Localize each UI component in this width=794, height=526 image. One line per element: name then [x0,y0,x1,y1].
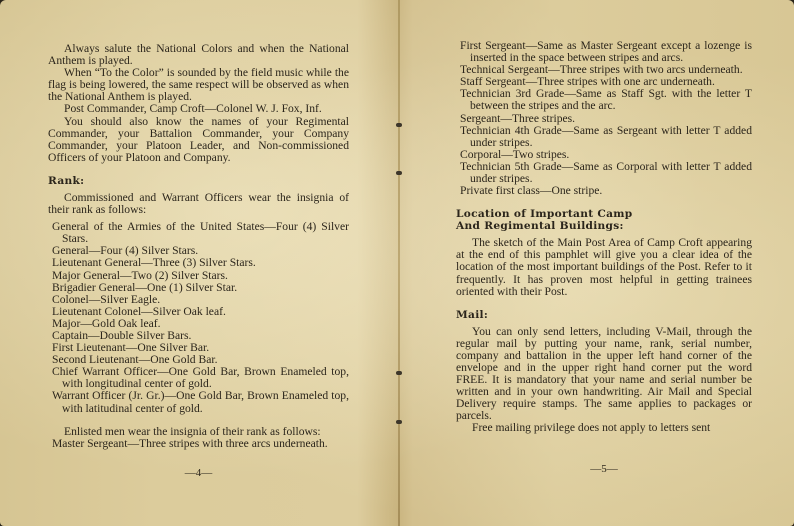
officer-rank-list: General of the Armies of the United Stat… [48,221,349,415]
list-item: Technician 4th Grade—Same as Sergeant wi… [458,125,752,149]
mail-paragraph: You can only send letters, including V-M… [456,326,752,423]
enlisted-rank-list-continued: First Sergeant—Same as Master Sergeant e… [456,40,752,197]
list-item: Colonel—Silver Eagle. [50,294,349,306]
page-number: —5— [456,463,752,475]
mail-heading: Mail: [456,309,752,321]
page-5: First Sergeant—Same as Master Sergeant e… [456,0,752,526]
enlisted-intro: Enlisted men wear the insignia of their … [48,426,349,438]
list-item: Lieutenant General—Three (3) Silver Star… [50,257,349,269]
list-item: Technician 3rd Grade—Same as Staff Sgt. … [458,88,752,112]
rank-intro: Commissioned and Warrant Officers wear t… [48,192,349,216]
staple-mark [396,371,402,375]
list-item: General of the Armies of the United Stat… [50,221,349,245]
location-heading-line1: Location of Important Camp [456,208,633,220]
location-heading: Location of Important Camp And Regimenta… [456,208,752,232]
list-item: Technician 5th Grade—Same as Corporal wi… [458,161,752,185]
list-item: Warrant Officer (Jr. Gr.)—One Gold Bar, … [50,390,349,414]
paragraph-to-the-color: When “To the Color” is sounded by the fi… [48,67,349,103]
page-4: Always salute the National Colors and wh… [48,0,349,526]
list-item: Master Sergeant—Three stripes with three… [50,438,349,450]
mail-paragraph-continued: Free mailing privilege does not apply to… [456,422,752,434]
location-heading-line2: And Regimental Buildings: [456,220,624,232]
enlisted-rank-list: Master Sergeant—Three stripes with three… [48,438,349,450]
booklet-spine [398,0,400,526]
rank-heading: Rank: [48,175,349,187]
location-paragraph: The sketch of the Main Post Area of Camp… [456,237,752,297]
staple-mark [396,420,402,424]
page-number: —4— [48,467,349,479]
paragraph-salute: Always salute the National Colors and wh… [48,43,349,67]
list-item: Major General—Two (2) Silver Stars. [50,270,349,282]
staple-mark [396,123,402,127]
list-item: Brigadier General—One (1) Silver Star. [50,282,349,294]
list-item: Sergeant—Three stripes. [458,113,752,125]
paragraph-post-commander: Post Commander, Camp Croft—Colonel W. J.… [48,103,349,115]
list-item: First Sergeant—Same as Master Sergeant e… [458,40,752,64]
paragraph-know-commanders: You should also know the names of your R… [48,116,349,164]
list-item: Chief Warrant Officer—One Gold Bar, Brow… [50,366,349,390]
booklet-spread: Always salute the National Colors and wh… [0,0,794,526]
list-item: Private first class—One stripe. [458,185,752,197]
staple-mark [396,171,402,175]
